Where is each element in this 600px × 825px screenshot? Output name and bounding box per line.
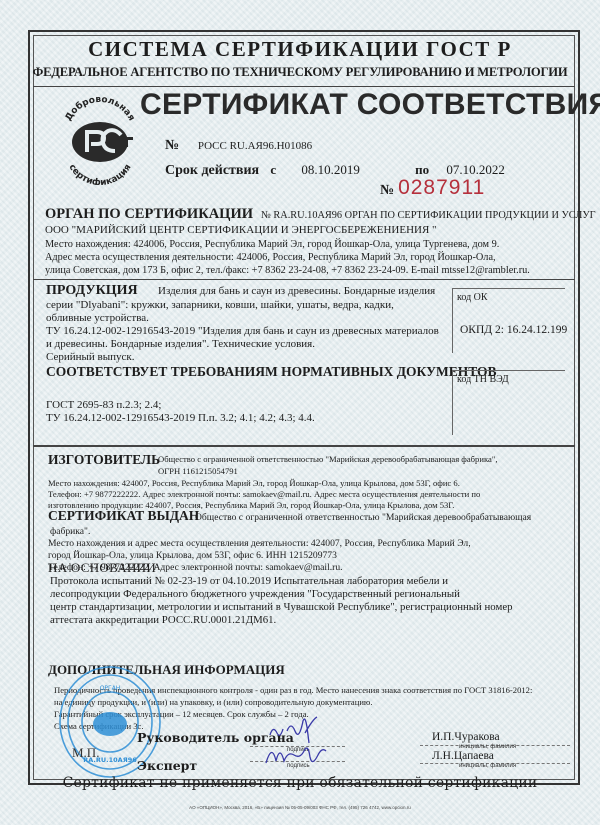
- head-name: И.П.Чуракова: [432, 731, 500, 743]
- document-title: СЕРТИФИКАТ СООТВЕТСТВИЯ: [140, 88, 600, 122]
- blank-number-row: №0287911: [380, 176, 485, 200]
- basis-line4: аттестата аккредитации РОСС.RU.0001.21ДМ…: [50, 614, 276, 627]
- blank-number-label: №: [380, 183, 394, 198]
- basis-line2: лесопродукции Федерального бюджетного уч…: [50, 588, 460, 601]
- tn-ved-label: код ТН ВЭД: [457, 374, 509, 385]
- certificate-number-row: № РОСС RU.АЯ96.Н01086: [165, 138, 312, 154]
- printer-imprint: АО «ОПЦИОН», Москва, 2016, «Б» лицензия …: [0, 805, 600, 810]
- ok-code-value: ОКПД 2: 16.24.12.199: [460, 324, 567, 336]
- certificate-number: РОСС RU.АЯ96.Н01086: [198, 140, 312, 152]
- product-line6: Серийный выпуск.: [46, 351, 135, 364]
- rst-logo-icon: Добровольная сертификация: [55, 95, 145, 185]
- section-divider: [33, 445, 575, 447]
- product-line3: обливные устройства.: [46, 312, 149, 325]
- compliance-heading: СООТВЕТСТВУЕТ ТРЕБОВАНИЯМ НОРМАТИВНЫХ ДО…: [46, 364, 497, 380]
- certification-body-number: № RA.RU.10АЯ96 ОРГАН ПО СЕРТИФИКАЦИИ ПРО…: [261, 210, 596, 221]
- certification-body-line1: ОРГАН ПО СЕРТИФИКАЦИИ № RA.RU.10АЯ96 ОРГ…: [45, 205, 596, 223]
- compliance-line1: ГОСТ 2695-83 п.2.3; 2.4;: [46, 399, 161, 412]
- basis-line3: центр стандартизации, метрологии и испыт…: [50, 601, 513, 614]
- expert-signature-icon: [262, 737, 332, 769]
- certification-body-contacts: улица Советская, дом 173 Б, офис 2, тел.…: [45, 264, 585, 277]
- basis-heading: НА ОСНОВАНИИ: [48, 560, 156, 576]
- certification-body-location: Место нахождения: 424006, Россия, Респуб…: [45, 238, 585, 251]
- certification-body-name: ООО "МАРИЙСКИЙ ЦЕНТР СЕРТИФИКАЦИИ И ЭНЕР…: [45, 224, 585, 237]
- compliance-line2: ТУ 16.24.12-002-12916543-2019 П.п. 3.2; …: [46, 412, 315, 425]
- product-line5: и древесины. Бондарные изделия". Техниче…: [46, 338, 315, 351]
- from-label: с: [270, 162, 276, 177]
- expert-name: Л.Н.Цапаева: [432, 750, 494, 762]
- number-label: №: [165, 138, 179, 153]
- certification-body-address: Адрес места осуществления деятельности: …: [45, 251, 585, 264]
- expert-name-caption: инициалы, фамилия: [459, 763, 516, 769]
- svg-text:Добровольная: Добровольная: [64, 95, 137, 123]
- manufacturer-heading: ИЗГОТОВИТЕЛЬ: [48, 452, 160, 468]
- basis-line1: Протокола испытаний № 02-23-19 от 04.10.…: [50, 575, 448, 588]
- agency-name: ФЕДЕРАЛЬНОЕ АГЕНТСТВО ПО ТЕХНИЧЕСКОМУ РЕ…: [0, 65, 600, 80]
- from-date: 08.10.2019: [301, 162, 360, 177]
- issued-to-line1: Общество с ограниченной ответственностью…: [195, 511, 531, 524]
- header-divider: [33, 86, 575, 87]
- validity-label: Срок действия: [165, 163, 259, 178]
- system-title: СИСТЕМА СЕРТИФИКАЦИИ ГОСТ Р: [0, 37, 600, 62]
- svg-text:сертификация: сертификация: [66, 163, 133, 185]
- to-label: по: [415, 162, 429, 177]
- product-line4: ТУ 16.24.12-002-12916543-2019 "Изделия д…: [46, 325, 439, 338]
- blank-number: 0287911: [398, 176, 485, 199]
- to-date: 07.10.2022: [446, 162, 505, 177]
- issued-to-heading: СЕРТИФИКАТ ВЫДАН: [48, 508, 199, 524]
- product-line1: Изделия для бань и саун из древесины. Бо…: [158, 285, 435, 298]
- ok-code-label: код ОК: [457, 292, 488, 303]
- section-divider: [33, 279, 575, 280]
- svg-text:ОРГАН: ОРГАН: [100, 685, 121, 692]
- certification-body-heading: ОРГАН ПО СЕРТИФИКАЦИИ: [45, 206, 253, 222]
- product-heading: ПРОДУКЦИЯ: [46, 283, 138, 299]
- expert-label: Эксперт: [137, 758, 197, 773]
- seal-label: М.П.: [72, 745, 99, 761]
- product-line2: серии "Dlyabani": кружки, запарники, ков…: [46, 299, 446, 312]
- footer-note: Сертификат не применяется при обязательн…: [0, 775, 600, 791]
